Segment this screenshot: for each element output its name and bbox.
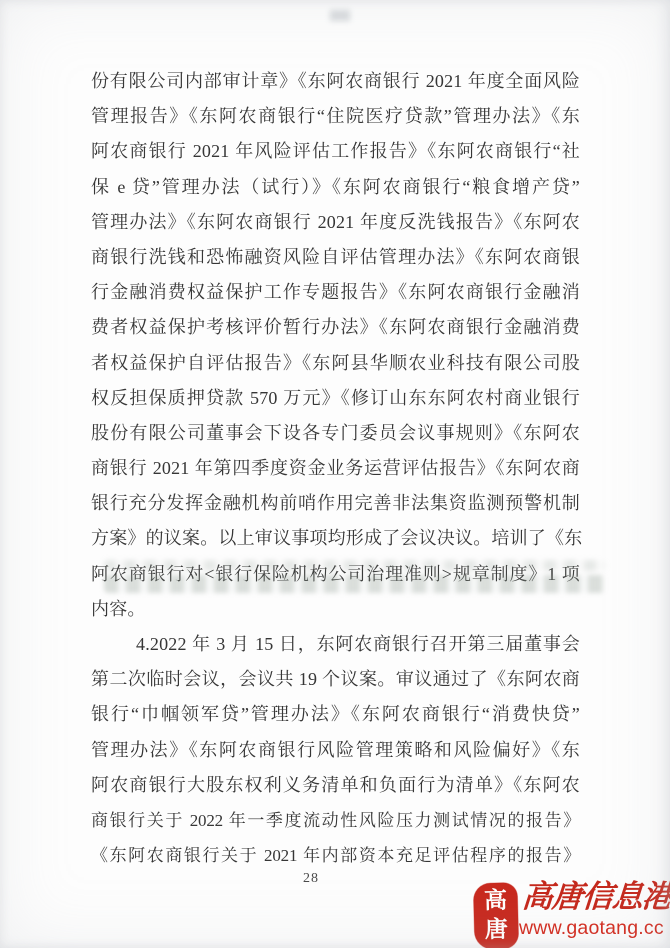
text-line: 阿农商银行 2021 年风险评估工作报告》《东阿农商银行“社 — [91, 134, 580, 169]
document-page: 份有限公司内部审计章》《东阿农商银行 2021 年度全面风险 管理报告》《东阿农… — [0, 0, 670, 948]
text-line: 份有限公司内部审计章》《东阿农商银行 2021 年度全面风险 — [91, 64, 580, 99]
watermark-logo: 高 唐 高唐信息港 www.gaotang.cc — [470, 876, 670, 948]
text-line: 管理办法》《东阿农商银行 2021 年度反洗钱报告》《东阿农 — [91, 205, 580, 240]
text-line: 行金融消费权益保护工作专题报告》《东阿农商银行金融消 — [91, 275, 580, 310]
seal-top-char: 高 — [484, 886, 508, 916]
text-line: 商银行 2021 年第四季度资金业务运营评估报告》《东阿农商 — [91, 451, 580, 486]
page-number: 28 — [271, 871, 351, 887]
text-line: 银行“巾帼领军贷”管理办法》《东阿农商银行“消费快贷” — [91, 697, 580, 732]
watermark-site-url: www.gaotang.cc — [519, 917, 664, 940]
text-line: 内容。 — [91, 592, 580, 627]
text-line: 方案》的议案。以上审议事项均形成了会议决议。培训了《东 — [91, 521, 580, 556]
text-line-paragraph-start: 4.2022 年 3 月 15 日，东阿农商银行召开第三届董事会 — [91, 627, 580, 662]
watermark-site-name: 高唐信息港 — [521, 877, 670, 917]
text-line: 银行充分发挥金融机构前哨作用完善非法集资监测预警机制 — [91, 486, 580, 521]
text-line: 权反担保质押贷款 570 万元》《修订山东东阿农村商业银行 — [91, 381, 580, 416]
text-line: 阿农商银行大股东权利义务清单和负面行为清单》《东阿农 — [91, 768, 580, 803]
text-line: 费者权益保护考核评价暂行办法》《东阿农商银行金融消费 — [91, 310, 580, 345]
text-line: 者权益保护自评估报告》《东阿县华顺农业科技有限公司股 — [91, 346, 580, 381]
text-line: 管理报告》《东阿农商银行“住院医疗贷款”管理办法》《东 — [91, 99, 580, 134]
document-text-block: 份有限公司内部审计章》《东阿农商银行 2021 年度全面风险 管理报告》《东阿农… — [91, 64, 580, 873]
text-line: 股份有限公司董事会下设各专门委员会议事规则》《东阿农 — [91, 416, 580, 451]
text-line: 阿农商银行对<银行保险机构公司治理准则>规章制度》1 项 — [91, 557, 580, 592]
scan-smudge — [330, 10, 350, 21]
seal-bottom-char: 唐 — [484, 915, 508, 945]
text-line: 商银行洗钱和恐怖融资风险自评估管理办法》《东阿农商银 — [91, 240, 580, 275]
text-line: 保 e 贷”管理办法（试行）》《东阿农商银行“粮食增产贷” — [91, 170, 580, 205]
text-line: 管理办法》《东阿农商银行风险管理策略和风险偏好》《东 — [91, 733, 580, 768]
text-line: 商银行关于 2022 年一季度流动性风险压力测试情况的报告》 — [91, 803, 580, 838]
text-line: 第二次临时会议，会议共 19 个议案。审议通过了《东阿农商 — [91, 662, 580, 697]
text-line: 《东阿农商银行关于 2021 年内部资本充足评估程序的报告》 — [91, 838, 580, 873]
gaotang-seal-icon: 高 唐 — [473, 882, 519, 948]
